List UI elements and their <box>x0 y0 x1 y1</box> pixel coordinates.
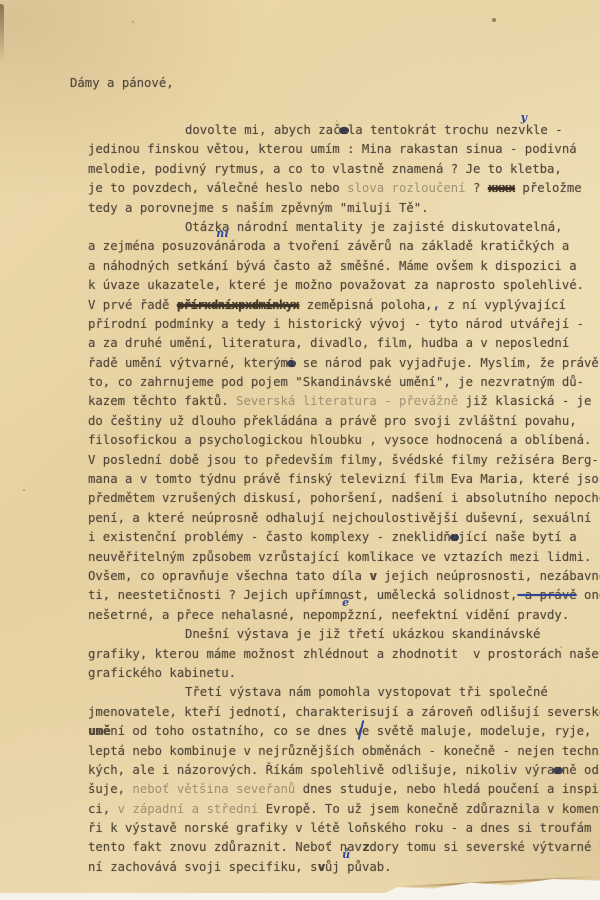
text-segment: grafiky, kterou máme možnost zhlédnout a… <box>88 647 600 661</box>
handwritten-correction: é <box>342 597 349 608</box>
blot-text: u <box>451 530 458 544</box>
text-segment: půvab.ů <box>347 860 391 874</box>
typewritten-line: jmenovatele, kteří jednotí, charakterisu… <box>88 703 600 722</box>
strike-text: xxxx <box>488 181 515 195</box>
faint-text: Severská literatura - převážně <box>236 394 458 408</box>
typewritten-line: to, co zahrnujeme pod pojem "Skandinávsk… <box>88 373 600 392</box>
typewritten-line: jedinou finskou větou, kterou umím : Min… <box>88 140 600 159</box>
text-segment: z ní vyplývající <box>440 298 566 312</box>
text-segment: Evropě. To už jsem konečně zdůraznila v … <box>258 802 600 816</box>
text-segment: leptá nebo kombinuje v nejrůznějších obm… <box>88 744 600 758</box>
typewritten-line: grafiky, kterou máme možnost zhlédnout a… <box>88 645 600 664</box>
text-segment: grafického kabinetu. <box>88 666 236 680</box>
blue-text: ‚ <box>433 298 440 312</box>
text-segment: dnes studuje, nebo hledá poučení a inspi… <box>295 782 600 796</box>
text-segment: ní od toho ostatního, co se dnes <box>110 724 354 738</box>
text-segment: ři k výstavě norské grafiky v létě loňsk… <box>88 821 591 835</box>
text-segment: nešetrné, a přece nehalasné, nepomp <box>88 608 347 622</box>
text-segment: ono <box>577 588 600 602</box>
bstrike-text: a právě <box>517 588 576 602</box>
text-segment: a zejména posuzová <box>88 239 221 253</box>
text-segment: tento fakt znovu zdůraznit. Neboť nav <box>88 840 362 854</box>
text-segment: dory tomu si severské výtvarné umě- <box>369 840 600 854</box>
typewritten-line: dovolte mi, abych začela tentokrát troch… <box>88 121 600 140</box>
text-segment: do češtiny už dlouho překládána a právě … <box>88 414 577 428</box>
typewritten-line: V poslední době jsou to především filmy,… <box>88 451 600 470</box>
typewritten-line: ní zachovává svoji specifiku, svůj půvab… <box>88 858 600 877</box>
handwritten-correction: ů <box>342 849 350 860</box>
text-segment: se národ pak vyjadřuje. Myslím, že právě <box>295 356 599 370</box>
text-segment: ci, <box>88 802 118 816</box>
bslash-text: ve <box>355 724 370 738</box>
text-segment: Dnešní výstava je již třetí ukázkou skan… <box>185 627 540 641</box>
text-segment: jící naše bytí a <box>458 530 576 544</box>
faint-text: slova rozloučení <box>347 181 465 195</box>
typewritten-line: předmětem vzrušených diskusí, pohoršení,… <box>88 489 600 508</box>
text-segment: pení, a které neúprosně odhalují nejchou… <box>88 511 591 525</box>
typewritten-line: Ovšem, co opravňuje všechna tato díla v … <box>88 567 600 586</box>
salutation: Dámy a pánové, <box>70 74 174 93</box>
typewritten-line: a zejména posuzovánároda a tvoření závěr… <box>88 237 600 256</box>
typewritten-line: pení, a které neúprosně odhalují nejchou… <box>88 509 600 528</box>
typewritten-line: je to povzdech, válečné heslo nebo slova… <box>88 179 600 198</box>
text-segment: to, co zahrnujeme pod pojem "Skandinávsk… <box>88 375 584 389</box>
strike-text: přírxdníxpxdmínkyx <box>177 298 299 312</box>
blot-text: e <box>340 123 347 137</box>
text-segment: k úvaze ukazatele, které je možno považo… <box>88 278 584 292</box>
bold-text: v <box>318 860 325 874</box>
text-segment: ůj <box>325 860 347 874</box>
text-segment: melodie, podivný rytmus, a co to vlastně… <box>88 162 562 176</box>
text-segment: ní zachovává svoji specifiku, s <box>88 860 318 874</box>
typewritten-line: nešetrné, a přece nehalasné, nepompžzní,… <box>88 606 600 625</box>
text-segment: V prvé řadě <box>88 298 177 312</box>
typewritten-line: řadě umění výtvarné, kterými se národ pa… <box>88 354 600 373</box>
bold-text: umě <box>88 724 110 738</box>
faint-text: v západní a střední <box>118 802 259 816</box>
typewritten-line: ři k výstavě norské grafiky v létě loňsk… <box>88 819 600 838</box>
text-segment: mana a v tomto týdnu právě finský televi… <box>88 472 600 486</box>
text-segment: ? <box>466 181 488 195</box>
typewritten-line: tedy a porovnejme s naším zpěvným "miluj… <box>88 199 600 218</box>
text-segment: kých, ale i názorových. Říkám spolehlivě… <box>88 763 554 777</box>
blot-text: z <box>554 763 561 777</box>
bold-text: v <box>369 569 376 583</box>
typewritten-body: dovolte mi, abych začela tentokrát troch… <box>88 121 600 877</box>
text-segment: žzní, neefektní vidění pravdy.é <box>347 608 569 622</box>
typewritten-line: do češtiny už dlouho překládána a právě … <box>88 412 600 431</box>
text-segment: neuvěřitelným způsobem vzrůstající komli… <box>88 550 591 564</box>
typewritten-line: grafického kabinetu. <box>88 664 600 683</box>
typewritten-line: šuje, neboť většina seveřanů dnes studuj… <box>88 780 600 799</box>
typewritten-line: i existenční problémy - často komplexy -… <box>88 528 600 547</box>
text-segment: i existenční problémy - často komplexy -… <box>88 530 451 544</box>
paper-specks <box>0 0 2 2</box>
text-segment: jedinou finskou větou, kterou umím : Min… <box>88 142 577 156</box>
typewritten-line: kazem těchto faktů. Severská literatura … <box>88 392 600 411</box>
typewritten-line: umění od toho ostatního, co se dnes ve s… <box>88 722 600 741</box>
text-segment: národa a tvoření závěrů na základě krati… <box>221 239 569 253</box>
typewritten-line: Třetí výstava nám pomohla vystopovat tři… <box>88 683 600 702</box>
typewritten-line: mana a v tomto týdnu právě finský televi… <box>88 470 600 489</box>
typewritten-line: melodie, podivný rytmus, a co to vlastně… <box>88 160 600 179</box>
text-segment: je to povzdech, válečné heslo nebo <box>88 181 347 195</box>
handwritten-correction: y <box>521 112 527 123</box>
text-segment: šuje, <box>88 782 132 796</box>
text-segment: jmenovatele, kteří jednotí, charakterisu… <box>88 705 600 719</box>
typewritten-line: leptá nebo kombinuje v nejrůznějších obm… <box>88 742 600 761</box>
text-segment: ti, neestetičnosti ? Jejich upřímnost, u… <box>88 588 517 602</box>
text-segment: řadě umění výtvarné, kterým <box>88 356 288 370</box>
text-segment: filosofickou a psychologickou hloubku , … <box>88 433 591 447</box>
text-segment: kazem těchto faktů. <box>88 394 236 408</box>
text-segment: Třetí výstava nám pomohla vystopovat tři… <box>185 685 548 699</box>
text-segment: a za druhé umění, literatura, divadlo, f… <box>88 336 569 350</box>
text-segment: dovolte mi, abych zač <box>185 123 340 137</box>
blot-text: i <box>288 356 295 370</box>
typewritten-line: a náhodných setkání bývá často až směšné… <box>88 257 600 276</box>
text-segment: přeložme <box>515 181 582 195</box>
text-segment: a náhodných setkání bývá často až směšné… <box>88 259 577 273</box>
typewritten-line: V prvé řadě přírxdníxpxdmínkyx zeměpisná… <box>88 296 600 315</box>
typewritten-line: filosofickou a psychologickou hloubku , … <box>88 431 600 450</box>
typewritten-line: kých, ale i názorových. Říkám spolehlivě… <box>88 761 600 780</box>
text-segment: V poslední době jsou to především filmy,… <box>88 453 599 467</box>
typewritten-line: přírodní podmínky a tedy i historický vý… <box>88 315 600 334</box>
text-segment: Otázka národní mentality je zajisté disk… <box>185 220 563 234</box>
text-segment: světě maluje, modeluje, ryje, <box>369 724 591 738</box>
typewritten-line: neuvěřitelným způsobem vzrůstající komli… <box>88 548 600 567</box>
typewritten-line: Otázka národní mentality je zajisté disk… <box>88 218 600 237</box>
typewritten-line: ci, v západní a střední Evropě. To už js… <box>88 800 600 819</box>
text-segment: la tentokrát trochu nezv <box>348 123 526 137</box>
typewritten-line: Dnešní výstava je již třetí ukázkou skan… <box>88 625 600 644</box>
text-segment: předmětem vzrušených diskusí, pohoršení,… <box>88 491 600 505</box>
text-segment: již klasická - je <box>458 394 591 408</box>
handwritten-correction: ní <box>216 228 228 239</box>
faint-text: neboť většina seveřanů <box>132 782 295 796</box>
typewritten-line: k úvaze ukazatele, které je možno považo… <box>88 276 600 295</box>
text-segment: přírodní podmínky a tedy i historický vý… <box>88 317 584 331</box>
text-segment: tedy a porovnejme s naším zpěvným "miluj… <box>88 201 429 215</box>
text-segment: Ovšem, co opravňuje všechna tato díla <box>88 569 369 583</box>
text-segment: zeměpisná poloha, <box>299 298 432 312</box>
typewritten-line: a za druhé umění, literatura, divadlo, f… <box>88 334 600 353</box>
text-segment: ně od li- <box>562 763 600 777</box>
scanned-letter-page: Dámy a pánové, dovolte mi, abych začela … <box>0 0 600 893</box>
text-segment: kle -y <box>526 123 563 137</box>
paper-edge-shadow <box>0 4 4 62</box>
text-segment: jejich neúprosnosti, nezábavnos <box>377 569 600 583</box>
